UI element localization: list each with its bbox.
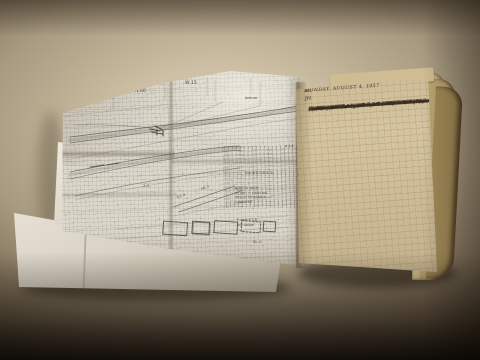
handwritten-line: Baskets were trimmed and both section — [308, 97, 430, 115]
profile-upper — [70, 106, 298, 137]
annotation-line: rubble fill — [235, 200, 267, 205]
journal-page-content: MONDAY, AUGUST 4, 1957 20 JH Continued t… — [304, 79, 444, 267]
annotation-line: w/ rubble — [237, 223, 257, 228]
annotation-line: E wall E7-8 — [237, 218, 257, 223]
journal-page: MONDAY, AUGUST 4, 1957 20 JH Continued t… — [292, 74, 438, 274]
handwritten-entry: Continued to hand auger at the mouth of … — [308, 97, 432, 106]
photo-open-field-notebook: E7 ¼ N 60 W 15 datum 2-3 E2-3 F6-7 a 14 … — [0, 0, 480, 360]
author-initials: JH — [305, 96, 312, 102]
grid-label: datum — [245, 96, 257, 100]
annotation-lines — [173, 186, 241, 212]
annotation-line: lens of limestone — [235, 195, 267, 200]
annotation-cluster: E wall E7-8 w/ rubble — [237, 218, 257, 227]
grid-label: 2-3 — [143, 184, 149, 188]
grid-label: SL 2 — [253, 240, 261, 244]
annotation-cluster: gray-br sand w/ ash + charcoal lens of l… — [235, 186, 267, 204]
grid-label: Dune E7-8 & 9 — [245, 171, 273, 175]
grid-label: a 14 — [285, 144, 293, 148]
grid-label: W 15 — [185, 82, 197, 87]
